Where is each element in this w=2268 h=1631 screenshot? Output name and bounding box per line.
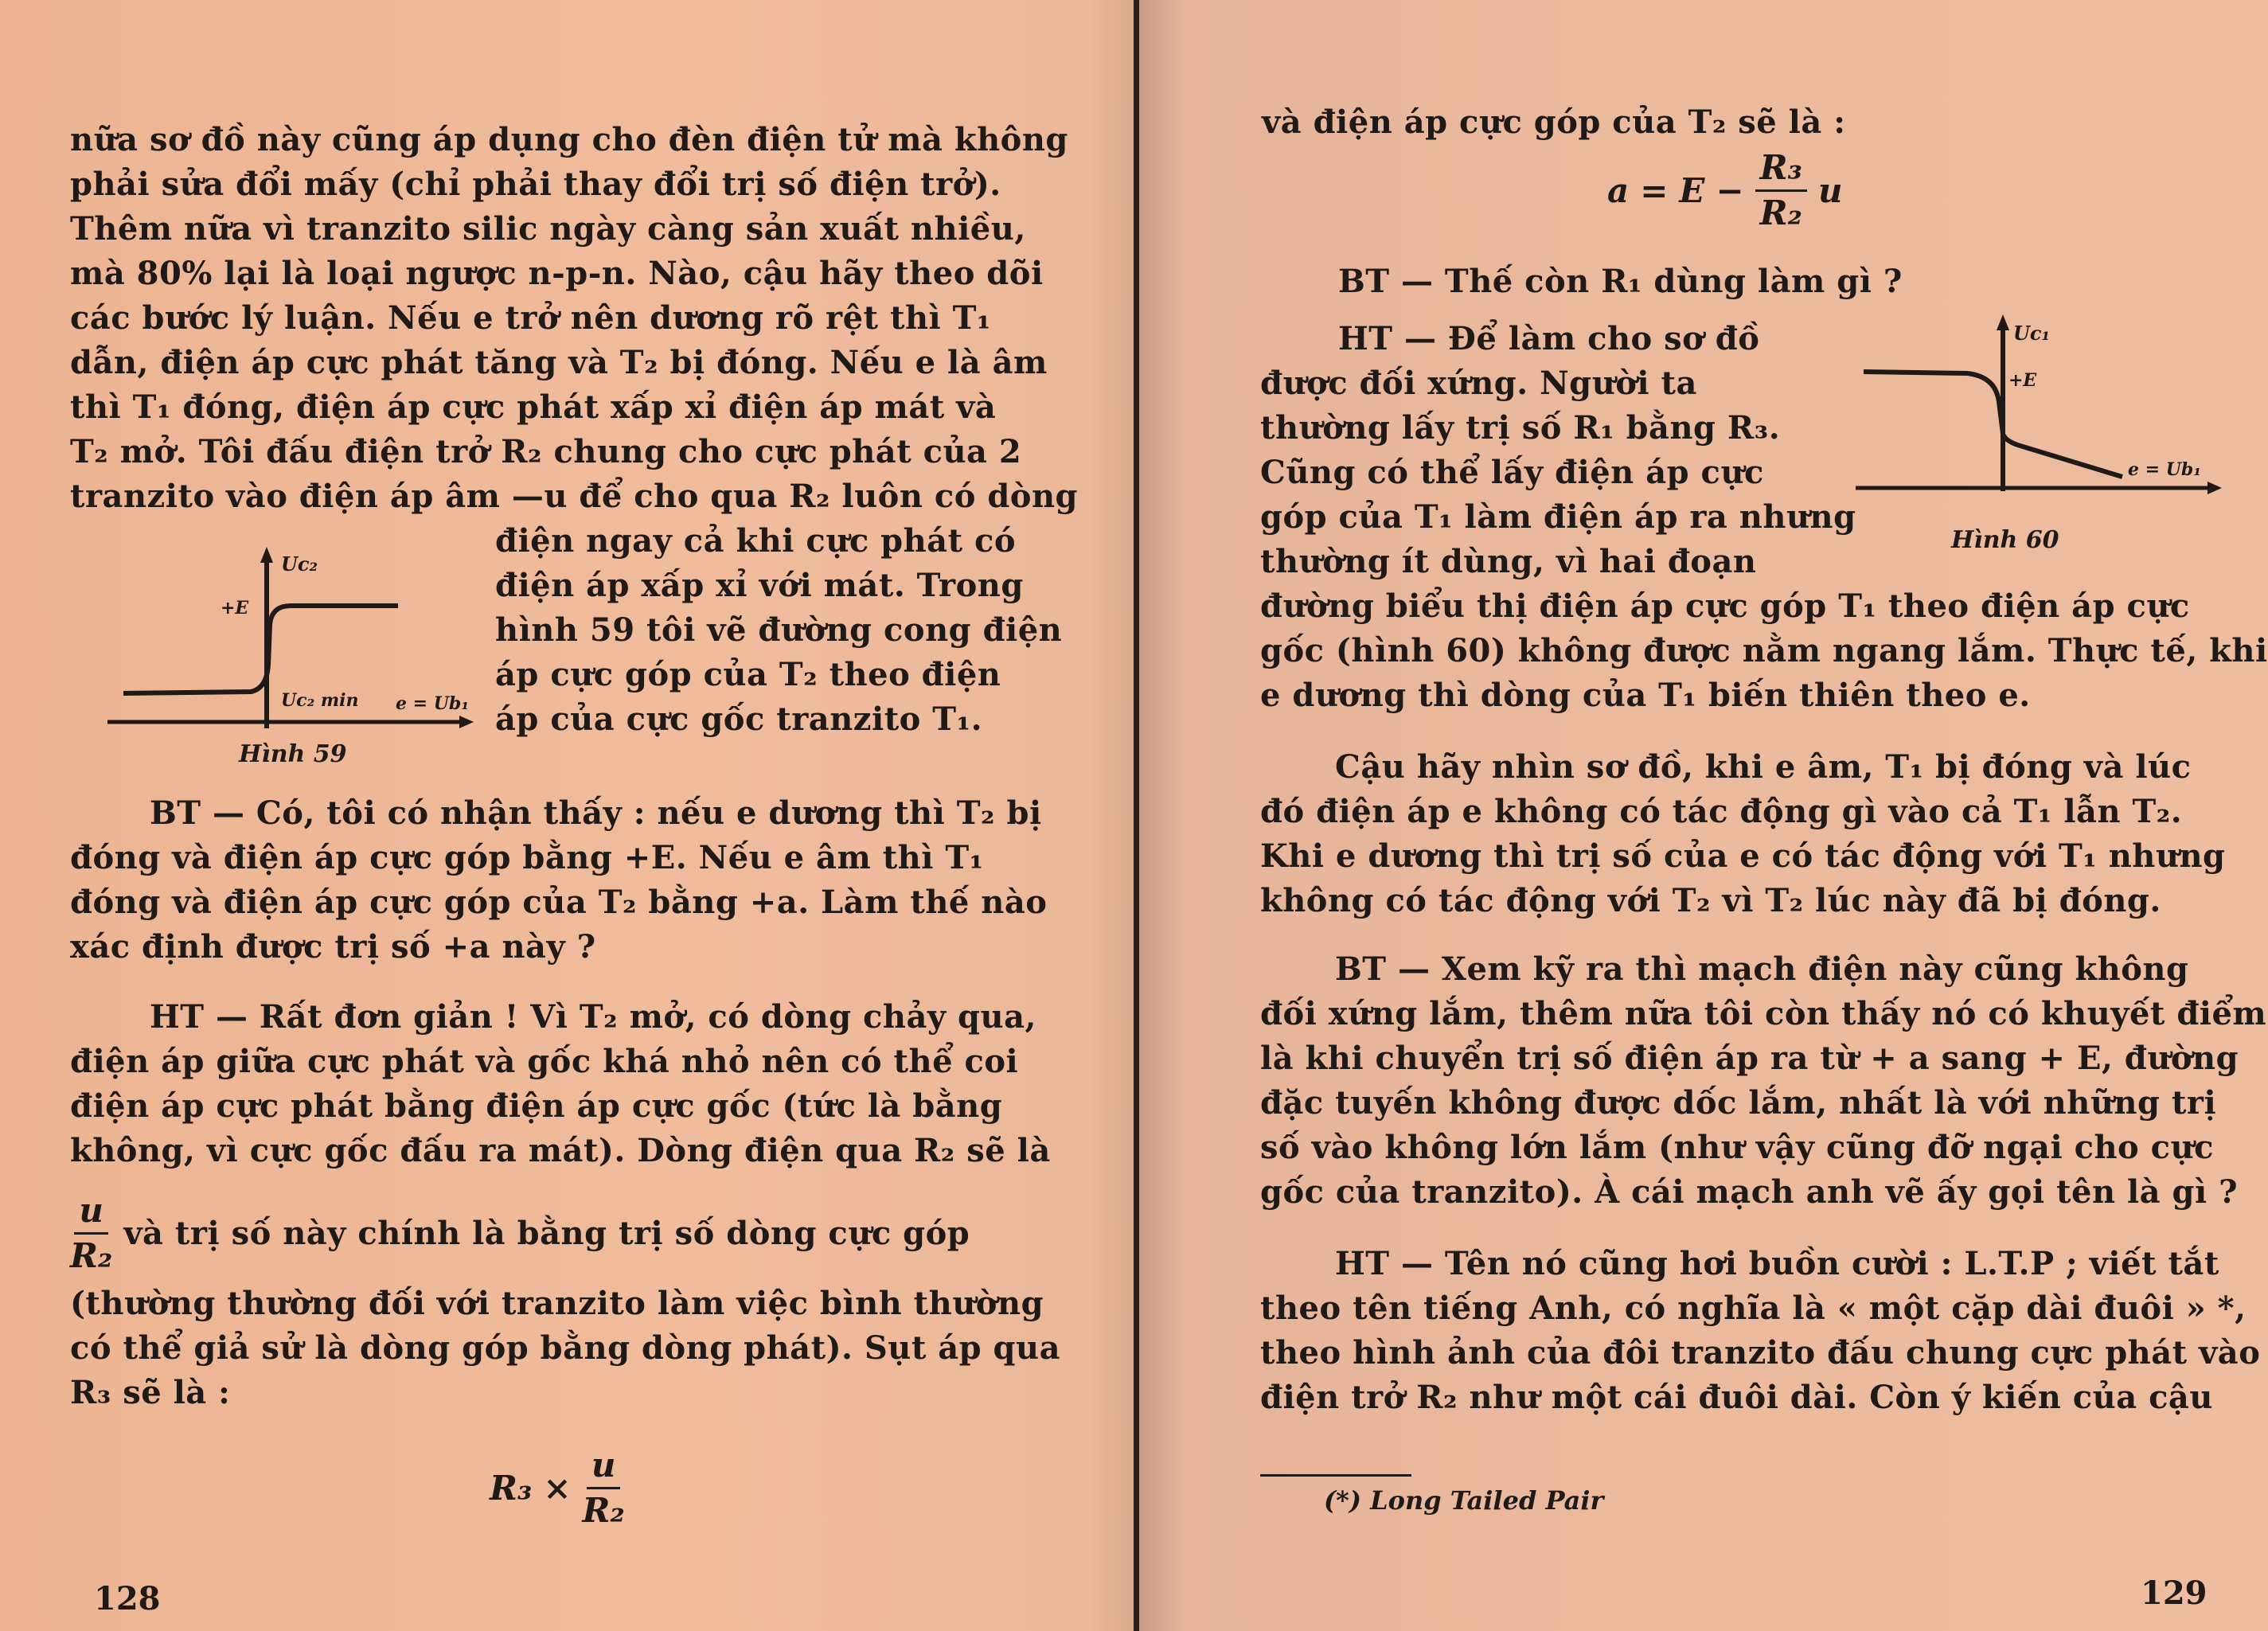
text-line: đóng và điện áp cực góp bằng +E. Nếu e â…	[70, 836, 984, 880]
text-line: nữa sơ đồ này cũng áp dụng cho đèn điện …	[70, 118, 1029, 162]
text-line: Cũng có thể lấy điện áp cực	[1260, 451, 1773, 495]
text-line: đó điện áp e không có tác động gì vào cả…	[1260, 790, 2182, 834]
text-line: thì T₁ đóng, điện áp cực phát xấp xỉ điệ…	[70, 385, 1029, 430]
page-number: 129	[2141, 1574, 2207, 1612]
text-line: điện trở R₂ như một cái đuôi dài. Còn ý …	[1260, 1375, 2213, 1420]
fraction-numerator: R₃	[1755, 151, 1807, 192]
figure-59-graph: Uc₂ +E Uc₂ min e = Ub₁	[100, 545, 482, 752]
figure-60: Uc₁ +E e = Ub₁ Hình 60	[1840, 306, 2238, 569]
footnote: (*) Long Tailed Pair	[1324, 1485, 1603, 1516]
text-line: áp của cực gốc tranzito T₁.	[495, 697, 1029, 742]
text-line: đặc tuyến không được dốc lắm, nhất là vớ…	[1260, 1081, 2216, 1126]
text-line: dẫn, điện áp cực phát tăng và T₂ bị đóng…	[70, 341, 1029, 385]
equation-lhs: R₃	[490, 1469, 532, 1508]
figure-60-caption: Hình 60	[1951, 526, 2059, 554]
left-page: nữa sơ đồ này cũng áp dụng cho đèn điện …	[0, 0, 1134, 1631]
text-line: được đối xứng. Người ta	[1260, 361, 1773, 406]
equation-fraction: u R₂	[583, 1449, 625, 1528]
text-line: Thêm nữa vì tranzito silic ngày càng sản…	[70, 207, 1029, 252]
text-line: HT — Rất đơn giản ! Vì T₂ mở, có dòng ch…	[150, 995, 1036, 1040]
svg-text:Uc₂: Uc₂	[281, 552, 318, 576]
text-line: thường lấy trị số R₁ bằng R₃.	[1260, 406, 1773, 451]
svg-text:+E: +E	[2008, 370, 2037, 391]
text-line: tranzito vào điện áp âm —u để cho qua R₂…	[70, 474, 1029, 519]
text-line: R₃ sẽ là :	[70, 1371, 230, 1415]
text-line: theo hình ảnh của đôi tranzito đấu chung…	[1260, 1331, 2260, 1375]
text-line: (thường thường đối với tranzito làm việc…	[70, 1282, 1044, 1326]
text-line: HT — Để làm cho sơ đồ	[1338, 317, 1773, 361]
equation-output-voltage: a = E − R₃ R₂ u	[1607, 151, 1843, 230]
fraction-denominator: R₂	[70, 1235, 112, 1273]
text-line: Khi e dương thì trị số của e có tác động…	[1260, 834, 2226, 879]
text-line: và trị số này chính là bằng trị số dòng …	[123, 1212, 970, 1256]
text-line: e dương thì dòng của T₁ biến thiên theo …	[1260, 673, 2031, 718]
svg-text:Uc₁: Uc₁	[2013, 322, 2050, 345]
text-line: phải sửa đổi mấy (chỉ phải thay đổi trị …	[70, 162, 1029, 207]
inline-fraction-line: u R₂ và trị số này chính là bằng trị số …	[70, 1194, 970, 1273]
text-line: đường biểu thị điện áp cực góp T₁ theo đ…	[1260, 584, 2190, 629]
figure-59-caption: Hình 59	[239, 740, 347, 768]
text-line: BT — Xem kỹ ra thì mạch điện này cũng kh…	[1335, 947, 2188, 992]
text-line: BT — Có, tôi có nhận thấy : nếu e dương …	[150, 791, 1042, 836]
text-line: hình 59 tôi vẽ đường cong điện	[495, 608, 1029, 653]
text-line: điện áp cực phát bằng điện áp cực gốc (t…	[70, 1084, 1002, 1129]
text-line: gốc của tranzito). À cái mạch anh vẽ ấy …	[1260, 1170, 2238, 1215]
text-line: không có tác động với T₂ vì T₂ lúc này đ…	[1260, 879, 2161, 923]
text-line: Cậu hãy nhìn sơ đồ, khi e âm, T₁ bị đóng…	[1335, 745, 2191, 790]
text-line: số vào không lớn lắm (như vậy cũng đỡ ng…	[1260, 1126, 2214, 1170]
fraction-numerator: u	[587, 1449, 621, 1489]
equation-term: E	[1679, 171, 1704, 210]
text-line: đóng và điện áp cực góp của T₂ bằng +a. …	[70, 880, 1047, 925]
text-line: và điện áp cực góp của T₂ sẽ là :	[1262, 100, 1845, 145]
text-line: áp cực góp của T₂ theo điện	[495, 653, 1029, 697]
text-line: xác định được trị số +a này ?	[70, 925, 596, 970]
text-line: gốc (hình 60) không được nằm ngang lắm. …	[1260, 629, 2268, 673]
text-line: theo tên tiếng Anh, có nghĩa là « một cặ…	[1260, 1286, 2247, 1331]
fraction-denominator: R₂	[1760, 192, 1802, 230]
text-line: mà 80% lại là loại ngược n-p-n. Nào, cậu…	[70, 252, 1029, 296]
equation-equals: =	[1640, 171, 1668, 210]
text-line: BT — Thế còn R₁ dùng làm gì ?	[1338, 259, 1903, 304]
fraction-numerator: u	[74, 1194, 108, 1235]
text-line: T₂ mở. Tôi đấu điện trở R₂ chung cho cực…	[70, 430, 1029, 474]
svg-text:e = Ub₁: e = Ub₁	[2128, 459, 2201, 480]
text-line: là khi chuyển trị số điện áp ra từ + a s…	[1260, 1036, 2239, 1081]
svg-text:+E: +E	[221, 598, 249, 618]
equation-fraction: R₃ R₂	[1755, 151, 1807, 230]
text-line: có thể giả sử là dòng góp bằng dòng phát…	[70, 1326, 1060, 1371]
text-line: HT — Tên nó cũng hơi buồn cười : L.T.P ;…	[1335, 1242, 2219, 1286]
text-line: điện áp giữa cực phát và gốc khá nhỏ nên…	[70, 1040, 1018, 1084]
text-line: đối xứng lắm, thêm nữa tôi còn thấy nó c…	[1260, 992, 2266, 1036]
equation-voltage-drop: R₃ × u R₂	[490, 1449, 625, 1528]
text-line: các bước lý luận. Nếu e trở nên dương rõ…	[70, 296, 1029, 341]
text-line: điện áp xấp xỉ với mát. Trong	[495, 564, 1029, 608]
equation-term: u	[1818, 171, 1843, 210]
svg-text:Uc₂ min: Uc₂ min	[281, 690, 359, 711]
figure-59: Uc₂ +E Uc₂ min e = Ub₁ Hình 59	[100, 545, 482, 784]
figure-60-graph: Uc₁ +E e = Ub₁	[1840, 306, 2238, 505]
text-line: không, vì cực gốc đấu ra mát). Dòng điện…	[70, 1129, 1051, 1173]
equation-operator: ×	[543, 1469, 571, 1508]
equation-lhs: a	[1607, 171, 1629, 210]
text-line: góp của T₁ làm điện áp ra nhưng	[1260, 495, 1773, 540]
fraction-denominator: R₂	[583, 1489, 625, 1528]
text-line: điện ngay cả khi cực phát có	[495, 519, 1029, 564]
page-number: 128	[94, 1580, 161, 1617]
footnote-rule	[1260, 1474, 1411, 1477]
equation-minus: −	[1716, 171, 1743, 210]
svg-text:e = Ub₁: e = Ub₁	[396, 693, 469, 714]
right-page: và điện áp cực góp của T₂ sẽ là : a = E …	[1139, 0, 2268, 1631]
text-line: thường ít dùng, vì hai đoạn	[1260, 540, 1773, 584]
fraction-u-over-r2: u R₂	[70, 1194, 112, 1273]
